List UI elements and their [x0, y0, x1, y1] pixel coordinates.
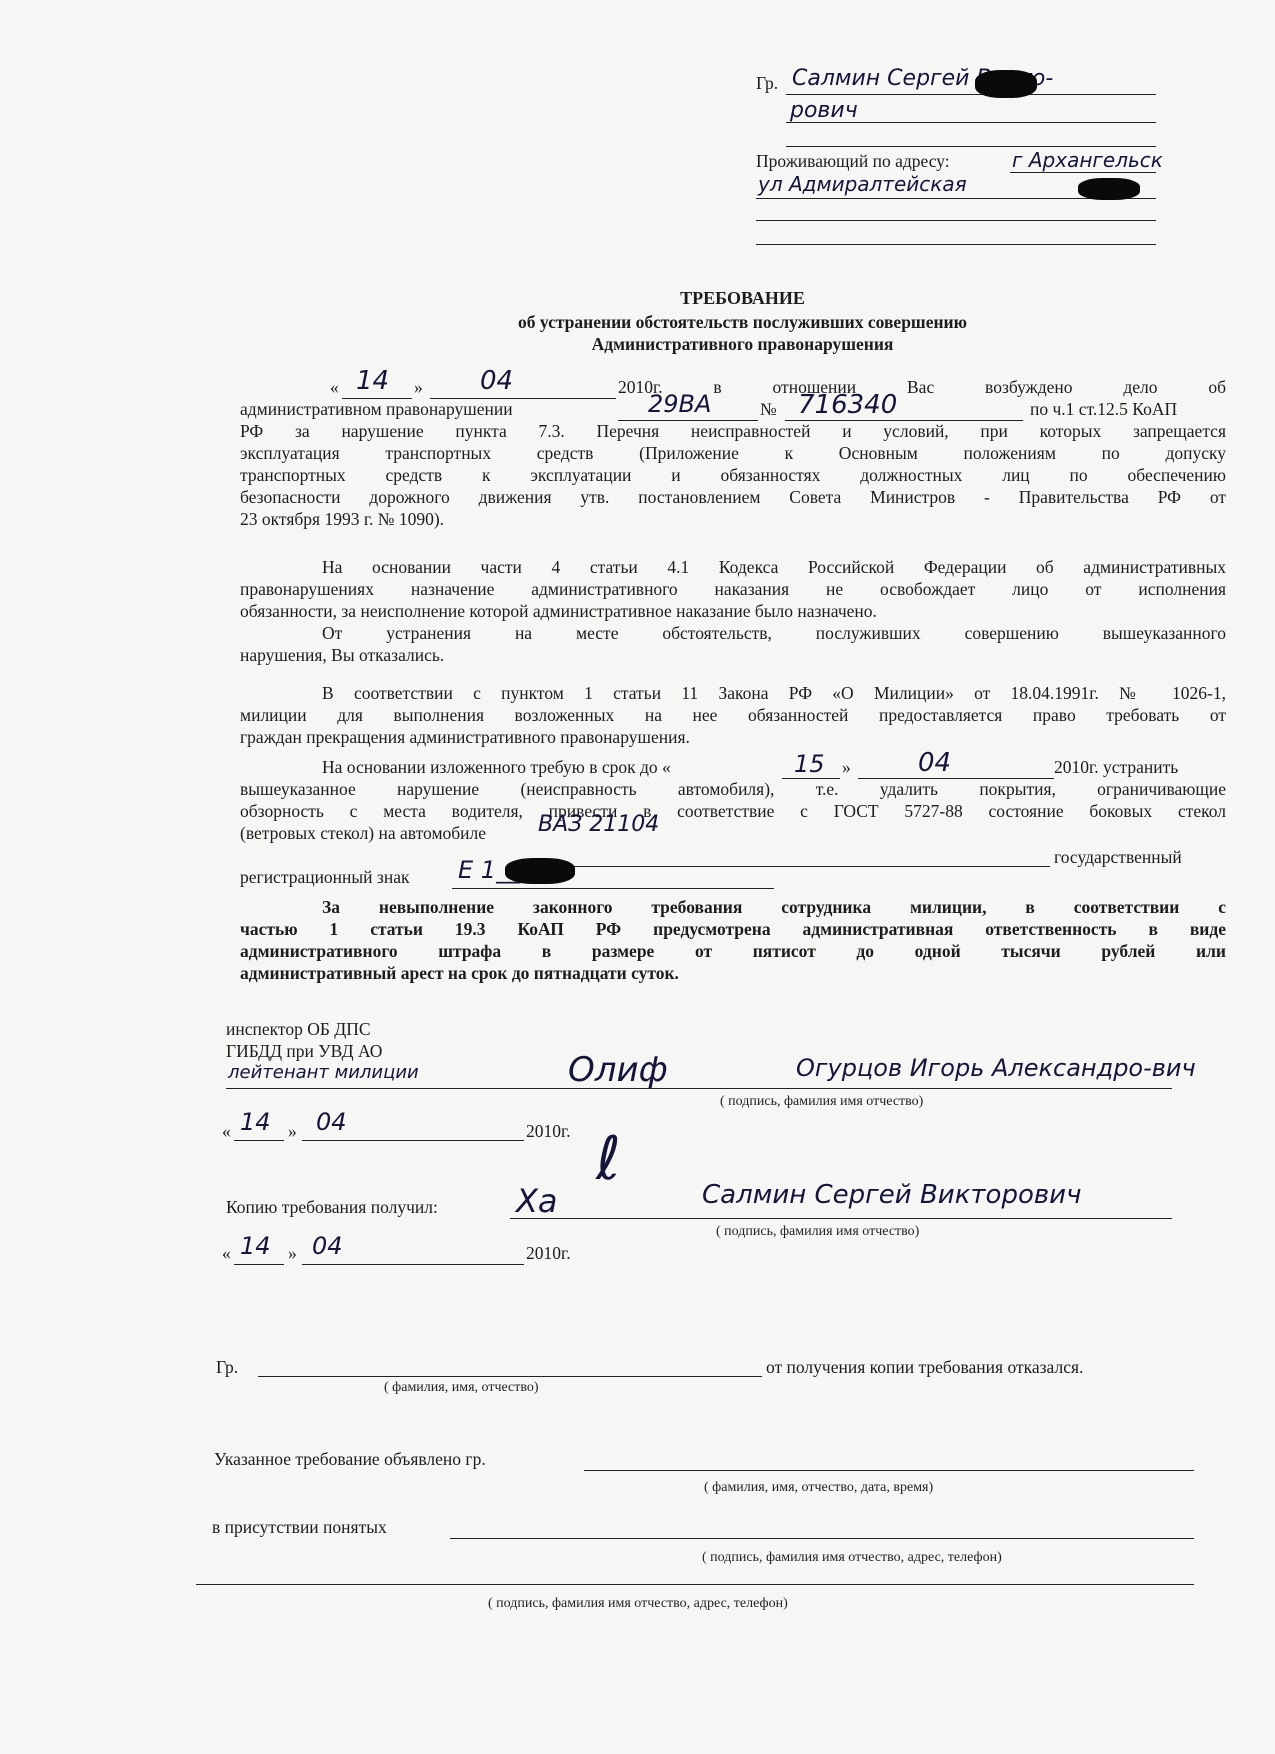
- para5-line3: обзорность с места водителя, привести в …: [240, 800, 1226, 822]
- address-handwritten-1: г Архангельск: [1012, 148, 1163, 172]
- inspector-date-day: 14: [240, 1108, 271, 1136]
- car-model: ВАЗ 21104: [538, 812, 659, 837]
- issue-date-day: 14: [356, 366, 389, 396]
- inspector-date-month: 04: [316, 1108, 347, 1136]
- para1-line7: 23 октября 1993 г. № 1090).: [240, 508, 444, 530]
- para4-line2: милиции для выполнения возложенных на не…: [240, 704, 1226, 726]
- plate-line: [452, 888, 774, 889]
- para3-line1: От устранения на месте обстоятельств, по…: [322, 622, 1226, 644]
- para1-line2-end: по ч.1 ст.12.5 КоАП: [1030, 398, 1177, 420]
- inspector-name: Огурцов Игорь Александро-вич: [796, 1054, 1196, 1082]
- copy-date-month: 04: [312, 1232, 343, 1260]
- quote-open: «: [222, 1120, 231, 1142]
- inspector-caption: ( подпись, фамилия имя отчество): [720, 1094, 923, 1110]
- quote-close: »: [288, 1242, 297, 1264]
- quote-close: »: [414, 376, 423, 398]
- para1-line5: транспортных средств к эксплуатации и об…: [240, 464, 1226, 486]
- copy-received-line: [510, 1218, 1172, 1219]
- para5-line2: вышеуказанное нарушение (неисправность а…: [240, 778, 1226, 800]
- address-line-1: [1010, 172, 1156, 173]
- due-date-day: 15: [794, 750, 825, 778]
- case-series: 29ВА: [648, 390, 711, 418]
- recipient-name: Салмин Сергей Викторович: [702, 1180, 1081, 1210]
- announced-label: Указанное требование объявлено гр.: [214, 1448, 486, 1470]
- inspector-rank: лейтенант милиции: [228, 1062, 419, 1083]
- inspector-sign-line: [226, 1088, 1172, 1089]
- copy-month-line: [302, 1264, 524, 1265]
- inspector-signature-flourish: ℓ: [596, 1124, 621, 1194]
- address-line-3: [756, 220, 1156, 221]
- para2-line1: На основании части 4 статьи 4.1 Кодекса …: [322, 556, 1226, 578]
- case-number-label: №: [760, 398, 777, 420]
- plate-label: регистрационный знак: [240, 866, 409, 888]
- name-line-3: [786, 146, 1156, 147]
- document-title: ТРЕБОВАНИЕ: [0, 288, 1275, 309]
- refused-gr-label: Гр.: [216, 1356, 238, 1378]
- address-line-4: [756, 244, 1156, 245]
- para1-line3: РФ за нарушение пункта 7.3. Перечня неис…: [240, 420, 1226, 442]
- para6-line2: частью 1 статьи 19.3 КоАП РФ предусмотре…: [240, 918, 1226, 940]
- para2-line2: правонарушениях назначение административ…: [240, 578, 1226, 600]
- address-label: Проживающий по адресу:: [756, 150, 950, 172]
- para2-line3: обязанности, за неисполнение которой адм…: [240, 600, 877, 622]
- due-date-month: 04: [918, 748, 951, 778]
- announced-line: [584, 1470, 1194, 1471]
- quote-close: »: [288, 1120, 297, 1142]
- para3-line2: нарушения, Вы отказались.: [240, 644, 444, 666]
- quote-open: «: [222, 1242, 231, 1264]
- redaction-mark: [505, 858, 575, 884]
- redaction-mark: [1078, 178, 1140, 200]
- copy-received-caption: ( подпись, фамилия имя отчество): [716, 1224, 919, 1240]
- state-label: государственный: [1054, 846, 1182, 868]
- case-number: 716340: [798, 390, 897, 420]
- inspector-month-line: [302, 1140, 524, 1141]
- witness-caption-1: ( подпись, фамилия имя отчество, адрес, …: [702, 1550, 1002, 1566]
- para6-line4: административный арест на срок до пятнад…: [240, 962, 679, 984]
- refused-caption: ( фамилия, имя, отчество): [384, 1380, 539, 1396]
- refused-name-line: [258, 1376, 762, 1377]
- address-handwritten-2: ул Адмиралтейская: [758, 172, 967, 196]
- para1-line6: безопасности дорожного движения утв. пос…: [240, 486, 1226, 508]
- quote-close: »: [842, 756, 851, 778]
- copy-date-year: 2010г.: [526, 1242, 571, 1264]
- copy-date-day: 14: [240, 1232, 271, 1260]
- para5-line1-end: 2010г. устранить: [1054, 756, 1178, 778]
- document-page: Гр. Салмин Сергей Викто- рович Проживающ…: [0, 0, 1275, 1754]
- issue-date-month: 04: [480, 366, 513, 396]
- inspector-signature: Олиф: [568, 1050, 668, 1090]
- document-subtitle-1: об устранении обстоятельств послуживших …: [0, 312, 1275, 333]
- inspector-title-2: ГИБДД при УВД АО: [226, 1040, 382, 1062]
- witness-caption-2: ( подпись, фамилия имя отчество, адрес, …: [488, 1596, 788, 1612]
- witness-line-2: [196, 1584, 1194, 1585]
- name-line-1: [786, 94, 1156, 95]
- para4-line3: граждан прекращения административного пр…: [240, 726, 690, 748]
- inspector-title-1: инспектор ОБ ДПС: [226, 1018, 371, 1040]
- inspector-date-year: 2010г.: [526, 1120, 571, 1142]
- announced-caption: ( фамилия, имя, отчество, дата, время): [704, 1480, 933, 1496]
- witnesses-label: в присутствии понятых: [212, 1516, 387, 1538]
- para1-line4: эксплуатация транспортных средств (Прило…: [240, 442, 1226, 464]
- recipient-signature: Ха: [516, 1182, 558, 1220]
- refused-text: от получения копии требования отказался.: [766, 1356, 1083, 1378]
- copy-received-label: Копию требования получил:: [226, 1196, 438, 1218]
- copy-day-line: [234, 1264, 284, 1265]
- document-subtitle-2: Административного правонарушения: [0, 334, 1275, 355]
- redaction-mark: [975, 70, 1037, 98]
- car-line: [536, 866, 1050, 867]
- quote-open: «: [330, 376, 339, 398]
- para6-line3: административного штрафа в размере от пя…: [240, 940, 1226, 962]
- name-handwritten-2: рович: [790, 98, 858, 123]
- para4-line1: В соответствии с пунктом 1 статьи 11 Зак…: [322, 682, 1226, 704]
- para1-line2-start: административном правонарушении: [240, 398, 513, 420]
- para6-line1: За невыполнение законного требования сот…: [322, 896, 1226, 918]
- inspector-day-line: [234, 1140, 284, 1141]
- para5-start: На основании изложенного требую в срок д…: [322, 756, 671, 778]
- gr-label: Гр.: [756, 72, 778, 94]
- witness-line-1: [450, 1538, 1194, 1539]
- car-label: (ветровых стекол) на автомобиле: [240, 822, 486, 844]
